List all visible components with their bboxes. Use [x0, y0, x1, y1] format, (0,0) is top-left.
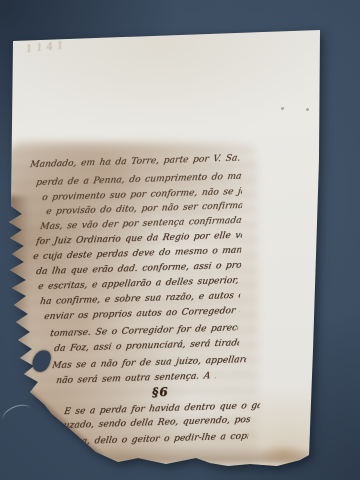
paper-speck	[281, 107, 284, 110]
top-inscription: 1141	[25, 40, 67, 56]
paper-speck	[306, 108, 309, 111]
photo-background: 1141 Mandado, em ha da Torre, parte por …	[0, 0, 360, 480]
manuscript-page: 1141 Mandado, em ha da Torre, parte por …	[0, 0, 360, 480]
bottom-right-stain	[252, 442, 314, 464]
paper-shadow: 1141 Mandado, em ha da Torre, parte por …	[0, 0, 360, 480]
torn-edge-left	[8, 196, 30, 454]
section-mark: §6	[152, 386, 169, 400]
